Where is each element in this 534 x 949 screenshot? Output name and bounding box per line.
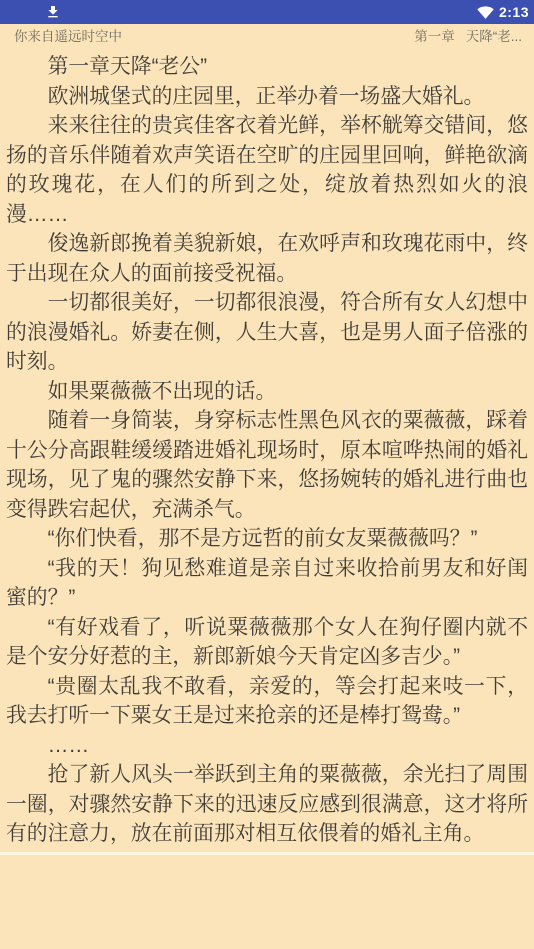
book-title: 你来自遥远时空中 <box>14 25 122 45</box>
paragraph: …… <box>6 731 528 761</box>
paragraph: 来来往往的贵宾佳客衣着光鲜，举杯觥筹交错间，悠扬的音乐伴随着欢声笑语在空旷的庄园… <box>6 111 528 229</box>
paragraph: 随着一身简装，身穿标志性黑色风衣的粟薇薇，踩着十公分高跟鞋缓缓踏进婚礼现场时，原… <box>6 406 528 524</box>
chapter-label: 第一章 天降“老... <box>414 25 522 45</box>
paragraph: “有好戏看了，听说粟薇薇那个女人在狗仔圈内就不是个安分好惹的主，新郎新娘今天肯定… <box>6 613 528 672</box>
reading-area[interactable]: 第一章天降“老公” 欧洲城堡式的庄园里，正举办着一场盛大婚礼。 来来往往的贵宾佳… <box>0 46 534 852</box>
paragraph: 俊逸新郎挽着美貌新娘，在欢呼声和玫瑰花雨中，终于出现在众人的面前接受祝福。 <box>6 229 528 288</box>
status-bar-notifications <box>0 4 61 20</box>
paragraph: “贵圈太乱我不敢看，亲爱的，等会打起来吱一下，我去打听一下粟女王是过来抢亲的还是… <box>6 672 528 731</box>
chapter-name: 天降“老... <box>466 25 522 45</box>
paragraph: 如果粟薇薇不出现的话。 <box>6 377 528 407</box>
wifi-icon <box>477 4 494 21</box>
reader-header: 你来自遥远时空中 第一章 天降“老... <box>0 24 534 46</box>
reader-screen: 2:13 你来自遥远时空中 第一章 天降“老... 第一章天降“老公” 欧洲城堡… <box>0 0 534 949</box>
paragraph: 欧洲城堡式的庄园里，正举办着一场盛大婚礼。 <box>6 82 528 112</box>
status-bar-system-icons: 2:13 <box>477 4 534 21</box>
download-icon <box>45 4 61 20</box>
paragraph: “你们快看，那不是方远哲的前女友粟薇薇吗？” <box>6 524 528 554</box>
status-time: 2:13 <box>499 4 529 20</box>
chapter-title-paragraph: 第一章天降“老公” <box>6 52 528 82</box>
paragraph: 一切都很美好，一切都很浪漫，符合所有女人幻想中的浪漫婚礼。娇妻在侧，人生大喜，也… <box>6 288 528 377</box>
chapter-number: 第一章 <box>414 25 455 45</box>
bottom-panel <box>0 855 534 949</box>
paragraph: 抢了新人风头一举跃到主角的粟薇薇，余光扫了周围一圈，对骤然安静下来的迅速反应感到… <box>6 760 528 849</box>
status-bar: 2:13 <box>0 0 534 24</box>
paragraph: “我的天！狗见愁难道是亲自过来收拾前男友和好闺蜜的？” <box>6 554 528 613</box>
